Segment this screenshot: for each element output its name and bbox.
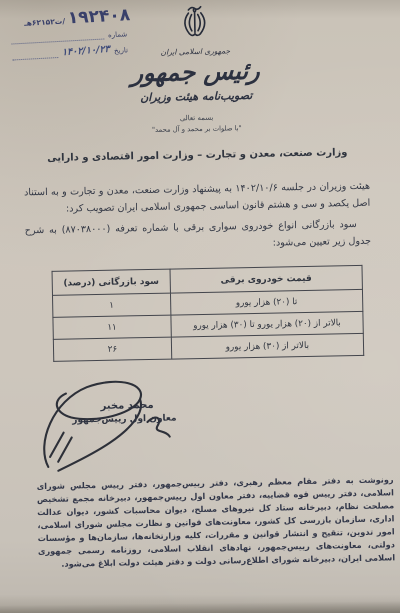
handwritten-date: ۱۴۰۲/۱۰/۲۳ (62, 44, 110, 58)
decree-paragraph-2: سود بازرگانی انواع خودروی سواری برقی با … (25, 217, 372, 257)
cell-profit: ۱ (52, 293, 170, 317)
signer-name: محمد مخبر (57, 399, 197, 413)
addressee-ministries: وزارت صنعت، معدن و تجارت – وزارت امور اق… (0, 146, 397, 165)
date-dotted-line (12, 50, 59, 60)
distribution-list: رونوشت به دفتر مقام معظم رهبری، دفتر ریی… (37, 473, 396, 571)
header-price: قیمت خودروی برقی (170, 265, 363, 293)
tariff-table: قیمت خودروی برقی سود بازرگانی (درصد) تا … (52, 265, 365, 362)
letterhead: جمهوری اسلامی ایران رئیس جمهور تصویب‌نام… (114, 3, 276, 105)
document-content: ۱۹۲۴۰۸ /ت۶۲۱۵۲هـ شماره تاریخ ۱۴۰۲/۱۰/۲۳ (0, 0, 400, 613)
cell-profit: ۲۶ (53, 337, 171, 361)
scanned-decree-page: ۱۹۲۴۰۸ /ت۶۲۱۵۲هـ شماره تاریخ ۱۴۰۲/۱۰/۲۳ (0, 0, 400, 613)
decree-paragraph-1: هیئت وزیران در جلسه ۱۴۰۲/۱۰/۶ به پیشنهاد… (24, 179, 371, 219)
cell-profit: ۱۱ (53, 315, 171, 339)
decree-body: هیئت وزیران در جلسه ۱۴۰۲/۱۰/۶ به پیشنهاد… (24, 179, 371, 257)
iran-emblem-icon (177, 4, 212, 43)
letterhead-office-title: رئیس جمهور (115, 55, 276, 88)
table-row: بالاتر از (۳۰) هزار یورو ۲۶ (53, 333, 363, 361)
cell-price: بالاتر از (۳۰) هزار یورو (171, 333, 364, 359)
signer-title: معاون اول رییس‌جمهور (40, 413, 208, 426)
letterhead-doc-type: تصویب‌نامه هیئت وزیران (116, 89, 276, 105)
header-profit: سود بازرگانی (درصد) (52, 269, 170, 295)
number-dotted-line (11, 32, 104, 45)
decree-number-suffix: /ت۶۲۱۵۲هـ (24, 17, 65, 28)
invocation-block: بسمه تعالی "با صلوات بر محمد و آل محمد" (0, 110, 397, 137)
